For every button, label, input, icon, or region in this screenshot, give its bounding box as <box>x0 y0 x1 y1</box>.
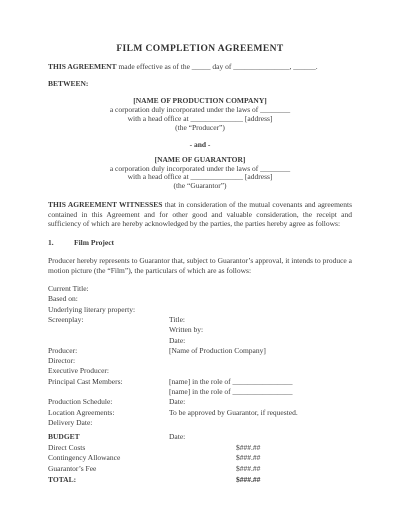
detail-row-screenplay-date: Date: <box>48 336 352 346</box>
detail-value: Date: <box>169 336 352 345</box>
budget-amount: $###.## <box>236 453 352 462</box>
guarantor-block: [NAME OF GUARANTOR] a corporation duly i… <box>48 156 352 191</box>
detail-row-based-on: Based on: <box>48 294 352 304</box>
document-title: FILM COMPLETION AGREEMENT <box>48 44 352 54</box>
detail-row-location-agreements: Location Agreements: To be approved by G… <box>48 408 352 418</box>
detail-label: Principal Cast Members: <box>48 377 169 386</box>
detail-label: Underlying literary property: <box>48 305 169 314</box>
producer-block: [NAME OF PRODUCTION COMPANY] a corporati… <box>48 97 352 132</box>
detail-value: Date: <box>169 397 352 406</box>
detail-row-executive-producer: Executive Producer: <box>48 366 352 376</box>
detail-row-production-schedule: Production Schedule: Date: <box>48 397 352 407</box>
detail-label: Production Schedule: <box>48 397 169 406</box>
intro-line: THIS AGREEMENT made effective as of the … <box>48 62 352 71</box>
detail-label: Executive Producer: <box>48 366 169 375</box>
detail-value: Written by: <box>169 325 352 334</box>
budget-date-label: Date: <box>169 432 352 441</box>
budget-label: Contingency Allowance <box>48 453 236 462</box>
detail-label: Location Agreements: <box>48 408 169 417</box>
intro-rest: made effective as of the _____ day of __… <box>117 62 318 71</box>
budget-section: BUDGET Date: Direct Costs $###.## Contin… <box>48 432 352 485</box>
guarantor-alias-line: (the “Guarantor”) <box>48 182 352 191</box>
detail-row-underlying-property: Underlying literary property: <box>48 305 352 315</box>
detail-row-producer: Producer: [Name of Production Company] <box>48 346 352 356</box>
detail-label: Producer: <box>48 346 169 355</box>
budget-total-row: TOTAL: $###.## <box>48 475 352 486</box>
witnesses-paragraph: THIS AGREEMENT WITNESSES that in conside… <box>48 200 352 229</box>
witnesses-bold-phrase: THIS AGREEMENT WITNESSES <box>48 200 162 209</box>
producer-alias-line: (the “Producer”) <box>48 124 352 133</box>
document-page: FILM COMPLETION AGREEMENT THIS AGREEMENT… <box>0 0 393 510</box>
section-1-paragraph: Producer hereby represents to Guarantor … <box>48 256 352 275</box>
budget-total-amount: $###.## <box>236 475 352 484</box>
between-label: BETWEEN: <box>48 79 352 88</box>
budget-label: Direct Costs <box>48 443 236 452</box>
detail-label: Director: <box>48 356 169 365</box>
detail-label: Screenplay: <box>48 315 169 324</box>
detail-value: [name] in the role of ________________ <box>169 387 352 396</box>
budget-total-label: TOTAL: <box>48 475 236 484</box>
detail-value: [name] in the role of ________________ <box>169 377 352 386</box>
detail-label: Delivery Date: <box>48 418 169 427</box>
detail-value: [Name of Production Company] <box>169 346 352 355</box>
detail-value: Title: <box>169 315 352 324</box>
section-1-title: Film Project <box>74 238 114 247</box>
budget-heading-row: BUDGET Date: <box>48 432 352 443</box>
section-1-number: 1. <box>48 238 74 247</box>
budget-row-contingency-allowance: Contingency Allowance $###.## <box>48 453 352 464</box>
and-separator: - and - <box>48 140 352 149</box>
budget-label: Guarantor’s Fee <box>48 464 236 473</box>
detail-row-principal-cast-1: Principal Cast Members: [name] in the ro… <box>48 377 352 387</box>
budget-row-guarantors-fee: Guarantor’s Fee $###.## <box>48 464 352 475</box>
detail-label: Current Title: <box>48 284 169 293</box>
detail-row-screenplay-written-by: Written by: <box>48 325 352 335</box>
budget-amount: $###.## <box>236 443 352 452</box>
detail-value: To be approved by Guarantor, if requeste… <box>169 408 352 417</box>
detail-row-principal-cast-2: [name] in the role of ________________ <box>48 387 352 397</box>
section-1-heading: 1.Film Project <box>48 238 352 247</box>
detail-row-current-title: Current Title: <box>48 284 352 294</box>
detail-row-screenplay-title: Screenplay: Title: <box>48 315 352 325</box>
budget-heading: BUDGET <box>48 432 169 441</box>
detail-label: Based on: <box>48 294 169 303</box>
intro-bold-phrase: THIS AGREEMENT <box>48 62 117 71</box>
budget-row-direct-costs: Direct Costs $###.## <box>48 443 352 454</box>
film-details-list: Current Title: Based on: Underlying lite… <box>48 284 352 428</box>
detail-row-director: Director: <box>48 356 352 366</box>
detail-row-delivery-date: Delivery Date: <box>48 418 352 428</box>
budget-amount: $###.## <box>236 464 352 473</box>
